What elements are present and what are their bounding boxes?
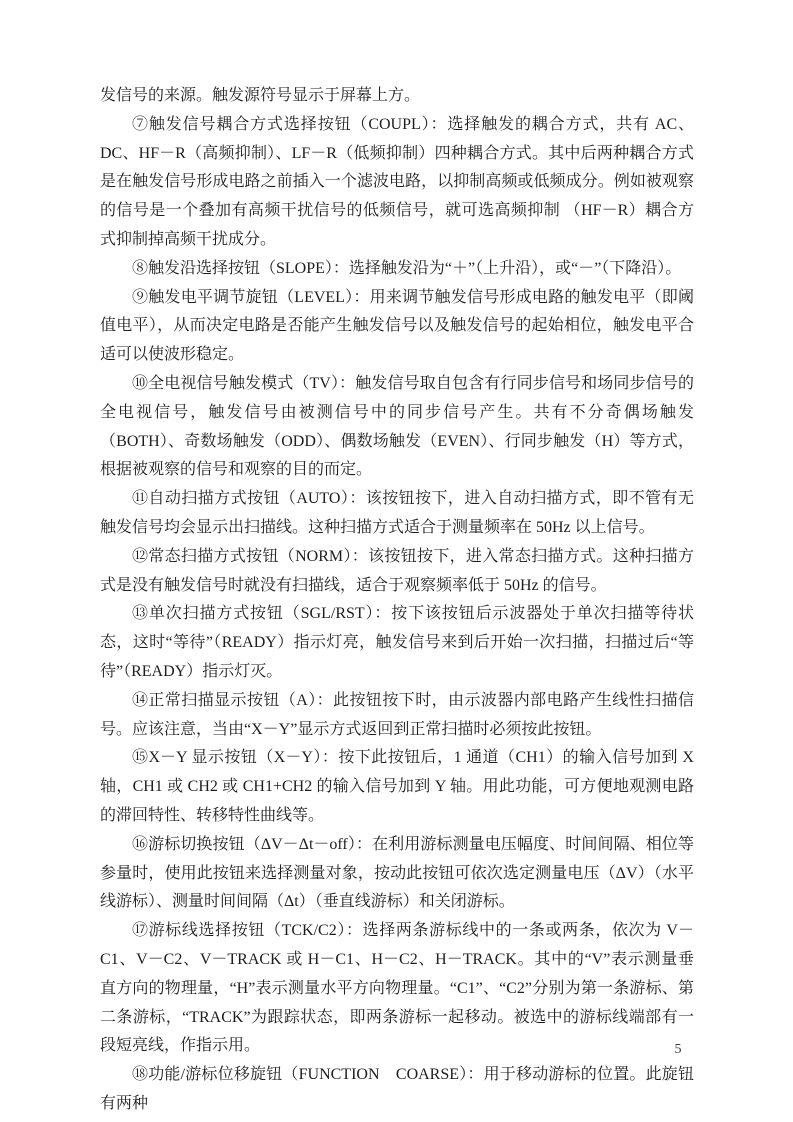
paragraph: 发信号的来源。触发源符号显示于屏幕上方。	[100, 82, 694, 111]
paragraph: ⑮X－Y 显示按钮（X－Y）：按下此按钮后，1 通道（CH1）的输入信号加到 X…	[100, 744, 694, 830]
paragraph: ⑫常态扫描方式按钮（NORM）：该按钮按下，进入常态扫描方式。这种扫描方式是没有…	[100, 543, 694, 601]
document-page: 发信号的来源。触发源符号显示于屏幕上方。⑦触发信号耦合方式选择按钮（COUPL）…	[0, 0, 793, 1122]
paragraph: ⑯游标切换按钮（ΔV－Δt－off）：在利用游标测量电压幅度、时间间隔、相位等参…	[100, 831, 694, 917]
paragraph: ⑨触发电平调节旋钮（LEVEL）：用来调节触发信号形成电路的触发电平（即阈值电平…	[100, 284, 694, 370]
paragraph: ⑦触发信号耦合方式选择按钮（COUPL）：选择触发的耦合方式，共有 AC、DC、…	[100, 111, 694, 255]
paragraph: ⑩全电视信号触发模式（TV）：触发信号取自包含有行同步信号和场同步信号的全电视信…	[100, 370, 694, 485]
paragraph: ⑬单次扫描方式按钮（SGL/RST）：按下该按钮后示波器处于单次扫描等待状态，这…	[100, 600, 694, 686]
page-number: 5	[648, 1042, 708, 1058]
paragraph: ⑭正常扫描显示按钮（A）：此按钮按下时，由示波器内部电路产生线性扫描信号。应该注…	[100, 687, 694, 745]
document-body: 发信号的来源。触发源符号显示于屏幕上方。⑦触发信号耦合方式选择按钮（COUPL）…	[100, 82, 694, 1119]
paragraph: ⑰游标线选择按钮（TCK/C2）：选择两条游标线中的一条或两条，依次为 V－C1…	[100, 917, 694, 1061]
paragraph: ⑱功能/游标位移旋钮（FUNCTION COARSE）：用于移动游标的位置。此旋…	[100, 1061, 694, 1119]
paragraph: ⑪自动扫描方式按钮（AUTO）：该按钮按下，进入自动扫描方式，即不管有无触发信号…	[100, 485, 694, 543]
paragraph: ⑧触发沿选择按钮（SLOPE）：选择触发沿为“＋”（上升沿），或“－”（下降沿）…	[100, 255, 694, 284]
